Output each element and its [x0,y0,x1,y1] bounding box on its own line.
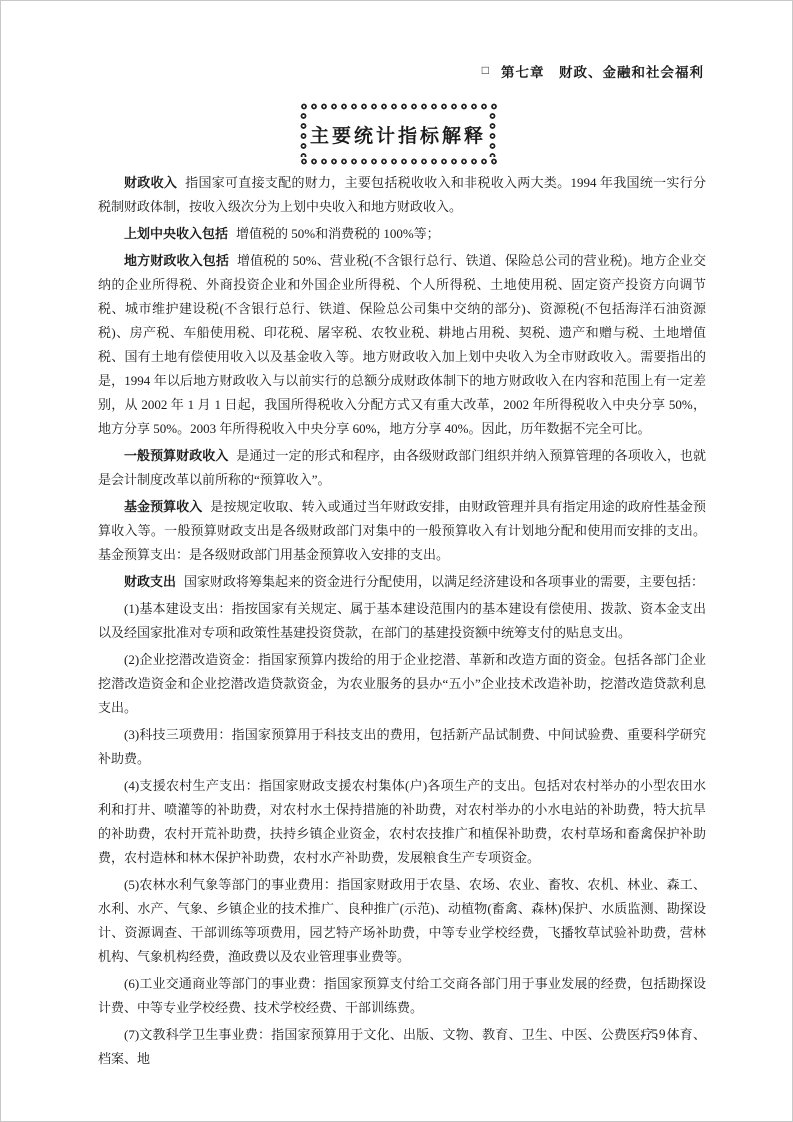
paragraph-text: (5)农林水利气象等部门的事业费用：指国家财政用于农垦、农场、农业、畜牧、农机、… [98,877,706,964]
definition-paragraph: (4)支援农村生产支出：指国家财政支援农村集体(户)各项生产的支出。包括对农村举… [98,774,706,870]
definition-paragraph: (2)企业挖潜改造资金：指国家预算内拨给的用于企业挖潜、革新和改造方面的资金。包… [98,648,706,720]
ornament-bottom-border [299,157,497,166]
paragraph-text: 指国家可直接支配的财力，主要包括税收收入和非税收入两大类。1994 年我国统一实… [98,175,706,214]
section-title-box: 主要统计指标解释 [299,102,497,166]
paragraph-term: 基金预算收入 [124,499,202,514]
ornament-top-border [299,102,497,111]
definition-paragraph: (5)农林水利气象等部门的事业费用：指国家财政用于农垦、农场、农业、畜牧、农机、… [98,873,706,969]
chapter-header: □ 第七章 财政、金融和社会福利 [482,61,704,81]
paragraph-text: 增值税的 50%、营业税(不含银行总行、铁道、保险总公司的营业税)。地方企业交纳… [98,253,706,436]
paragraph-term: 财政支出 [124,574,176,589]
ornament-left-border [299,111,308,157]
definition-paragraph: (7)文教科学卫生事业费：指国家预算用于文化、出版、文物、教育、卫生、中医、公费… [98,1023,706,1071]
chapter-title: 第七章 财政、金融和社会福利 [501,61,704,81]
definition-paragraph: 基金预算收入是按规定收取、转入或通过当年财政安排，由财政管理并具有指定用途的政府… [98,495,706,567]
body-text: 财政收入指国家可直接支配的财力，主要包括税收收入和非税收入两大类。1994 年我… [98,171,706,1074]
paragraph-term: 上划中央收入包括 [124,226,228,241]
definition-paragraph: 财政支出国家财政将筹集起来的资金进行分配使用，以满足经济建设和各项事业的需要，主… [98,570,706,594]
paragraph-text: (7)文教科学卫生事业费：指国家预算用于文化、出版、文物、教育、卫生、中医、公费… [98,1027,706,1066]
paragraph-text: 增值税的 50%和消费税的 100%等； [236,226,440,241]
page-number: - 59 - [629,1026,689,1042]
definition-paragraph: (3)科技三项费用：指国家预算用于科技支出的费用，包括新产品试制费、中间试验费、… [98,723,706,771]
definition-paragraph: 一般预算财政收入是通过一定的形式和程序，由各级财政部门组织并纳入预算管理的各项收… [98,444,706,492]
definition-paragraph: 财政收入指国家可直接支配的财力，主要包括税收收入和非税收入两大类。1994 年我… [98,171,706,219]
chapter-marker-icon: □ [482,64,490,76]
paragraph-text: (4)支援农村生产支出：指国家财政支援农村集体(户)各项生产的支出。包括对农村举… [98,778,706,865]
paragraph-text: (2)企业挖潜改造资金：指国家预算内拨给的用于企业挖潜、革新和改造方面的资金。包… [98,652,706,715]
paragraph-text: (6)工业交通商业等部门的事业费：指国家预算支付给工交商各部门用于事业发展的经费… [98,976,706,1015]
definition-paragraph: (1)基本建设支出：指按国家有关规定、属于基本建设范围内的基本建设有偿使用、拨款… [98,597,706,645]
paragraph-text: 国家财政将筹集起来的资金进行分配使用，以满足经济建设和各项事业的需要，主要包括： [184,574,704,589]
definition-paragraph: (6)工业交通商业等部门的事业费：指国家预算支付给工交商各部门用于事业发展的经费… [98,972,706,1020]
paragraph-term: 一般预算财政收入 [124,448,228,463]
paragraph-term: 地方财政收入包括 [124,253,229,268]
definition-paragraph: 上划中央收入包括增值税的 50%和消费税的 100%等； [98,222,706,246]
document-page: □ 第七章 财政、金融和社会福利 主要统计指标解释 财政收入指国家可直接支配的财… [0,0,793,1122]
ornament-right-border [488,111,497,157]
section-title: 主要统计指标解释 [308,111,488,157]
paragraph-text: (1)基本建设支出：指按国家有关规定、属于基本建设范围内的基本建设有偿使用、拨款… [98,601,706,640]
paragraph-term: 财政收入 [124,175,177,190]
definition-paragraph: 地方财政收入包括增值税的 50%、营业税(不含银行总行、铁道、保险总公司的营业税… [98,249,706,441]
paragraph-text: (3)科技三项费用：指国家预算用于科技支出的费用，包括新产品试制费、中间试验费、… [98,727,706,766]
